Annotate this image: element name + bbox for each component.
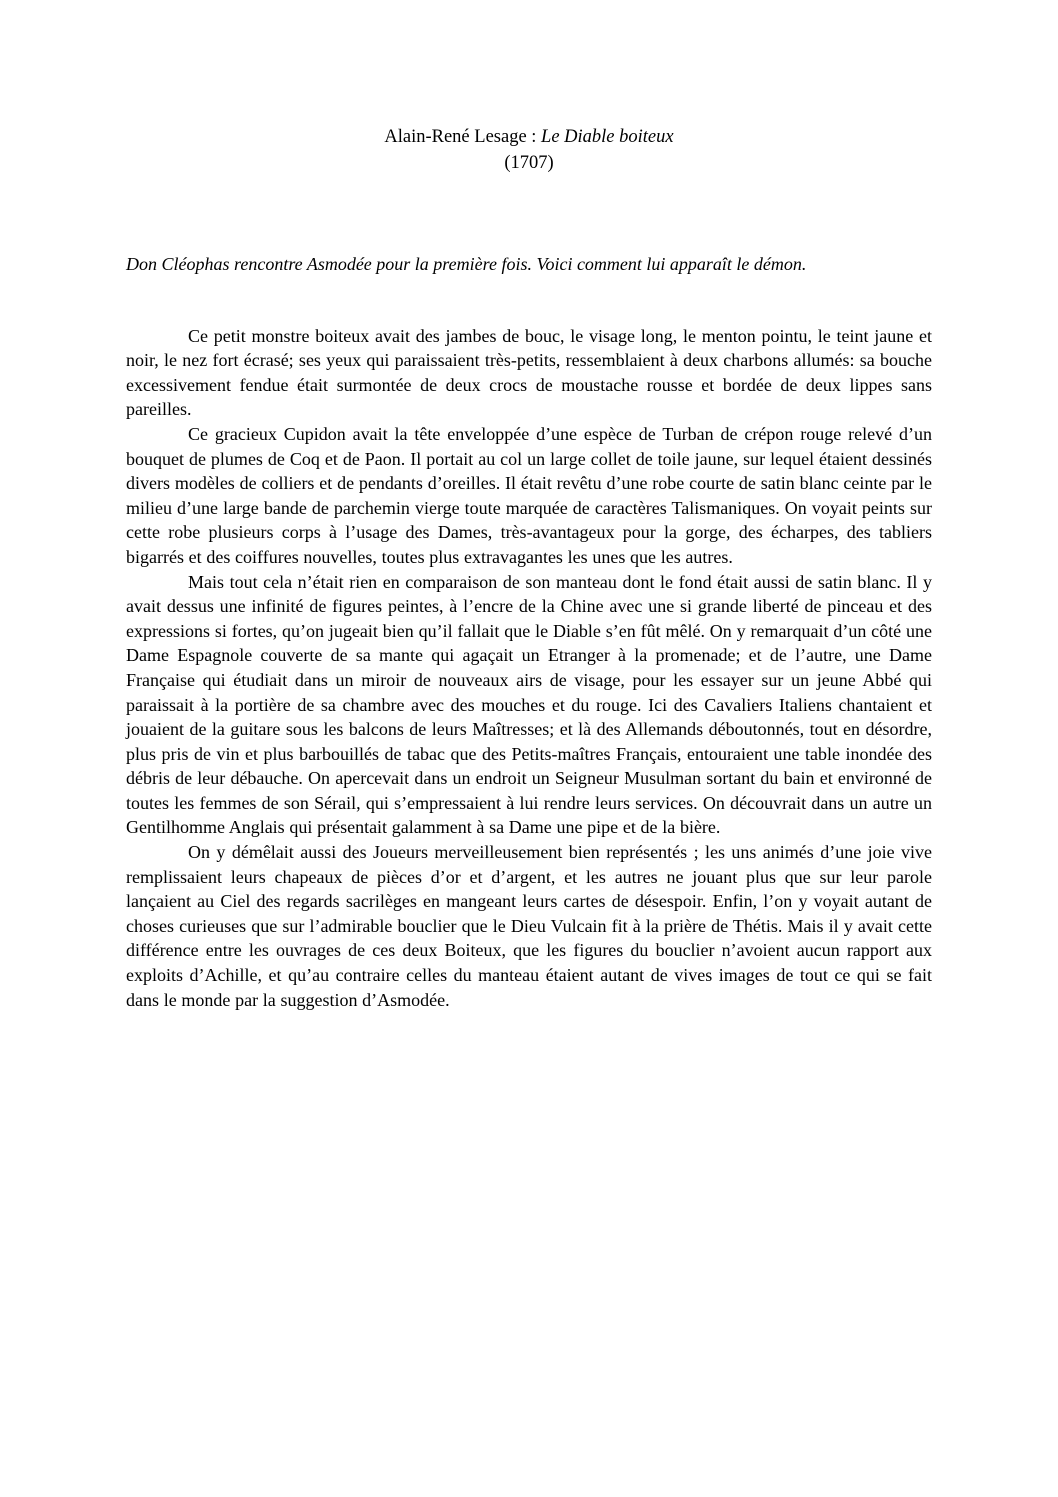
document-page: Alain-René Lesage : Le Diable boiteux (1… [0,0,1058,1497]
paragraph-3: Mais tout cela n’était rien en comparais… [126,570,932,841]
document-header: Alain-René Lesage : Le Diable boiteux (1… [126,124,932,176]
paragraph-1: Ce petit monstre boiteux avait des jambe… [126,324,932,422]
document-title: Alain-René Lesage : Le Diable boiteux [126,124,932,150]
text-column: Alain-René Lesage : Le Diable boiteux (1… [126,0,932,1012]
title-author: Alain-René Lesage : [384,127,541,147]
paragraph-4: On y démêlait aussi des Joueurs merveill… [126,840,932,1012]
introduction-note: Don Cléophas rencontre Asmodée pour la p… [126,252,932,277]
title-year: (1707) [126,150,932,176]
paragraph-2: Ce gracieux Cupidon avait la tête envelo… [126,422,932,570]
title-work: Le Diable boiteux [541,127,674,147]
